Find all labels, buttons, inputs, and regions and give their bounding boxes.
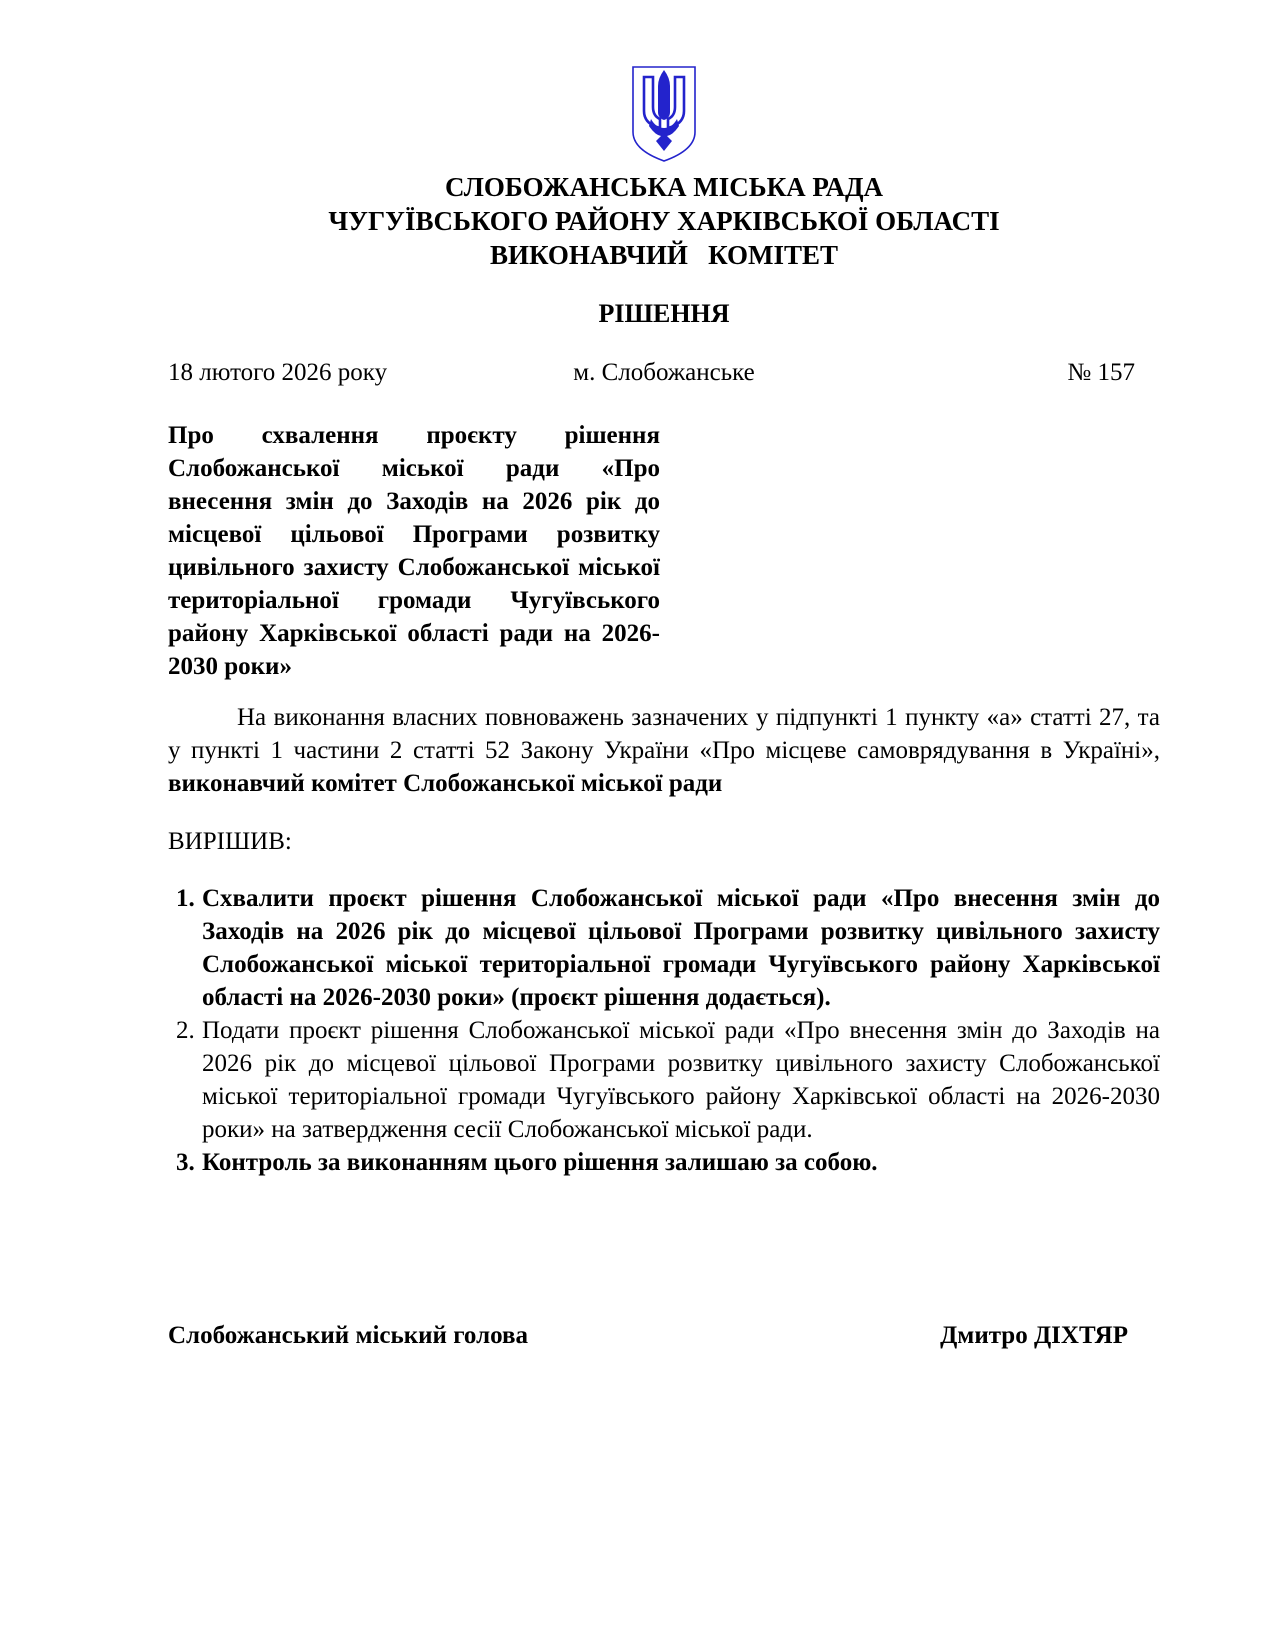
document-meta-row: 18 лютого 2026 року м. Слобожанське № 15… [168, 356, 1160, 389]
org-name-line2: ЧУГУЇВСЬКОГО РАЙОНУ ХАРКІВСЬКОЇ ОБЛАСТІ [168, 204, 1160, 238]
preamble-paragraph: На виконання власних повноважень зазначе… [168, 701, 1160, 800]
document-place: м. Слобожанське [573, 356, 754, 389]
document-subject: Про схвалення проєкту рішення Слобожансь… [168, 419, 660, 683]
list-item-number: 1. [176, 882, 195, 915]
list-item: 2. Подати проєкт рішення Слобожанської м… [176, 1014, 1160, 1146]
org-name-line1: СЛОБОЖАНСЬКА МІСЬКА РАДА [168, 170, 1160, 204]
document-type-title: РІШЕННЯ [168, 297, 1160, 330]
organization-header: СЛОБОЖАНСЬКА МІСЬКА РАДА ЧУГУЇВСЬКОГО РА… [168, 170, 1160, 272]
list-item: 1. Схвалити проєкт рішення Слобожанської… [176, 882, 1160, 1014]
list-item-text: Контроль за виконанням цього рішення зал… [202, 1149, 878, 1176]
ukraine-trident-emblem-icon [628, 64, 700, 164]
resolved-label: ВИРІШИВ: [168, 825, 1160, 858]
document-date: 18 лютого 2026 року [168, 356, 573, 389]
preamble-text: На виконання власних повноважень зазначе… [168, 704, 1160, 764]
list-item-number: 2. [176, 1014, 195, 1047]
list-item-number: 3. [176, 1146, 195, 1179]
document-number: № 157 [755, 356, 1160, 389]
list-item-text: Схвалити проєкт рішення Слобожанської мі… [202, 885, 1160, 1011]
signature-name: Дмитро ДІХТЯР [940, 1319, 1160, 1352]
emblem-container [168, 64, 1160, 164]
preamble-bold-tail: виконавчий комітет Слобожанської міської… [168, 770, 722, 797]
org-name-line3: ВИКОНАВЧИЙ КОМІТЕТ [168, 238, 1160, 272]
decision-items-list: 1. Схвалити проєкт рішення Слобожанської… [176, 882, 1160, 1179]
signature-title: Слобожанський міський голова [168, 1319, 528, 1352]
document-page: СЛОБОЖАНСЬКА МІСЬКА РАДА ЧУГУЇВСЬКОГО РА… [0, 0, 1275, 1650]
list-item: 3. Контроль за виконанням цього рішення … [176, 1146, 1160, 1179]
signature-row: Слобожанський міський голова Дмитро ДІХТ… [168, 1319, 1160, 1352]
list-item-text: Подати проєкт рішення Слобожанської місь… [202, 1017, 1160, 1143]
